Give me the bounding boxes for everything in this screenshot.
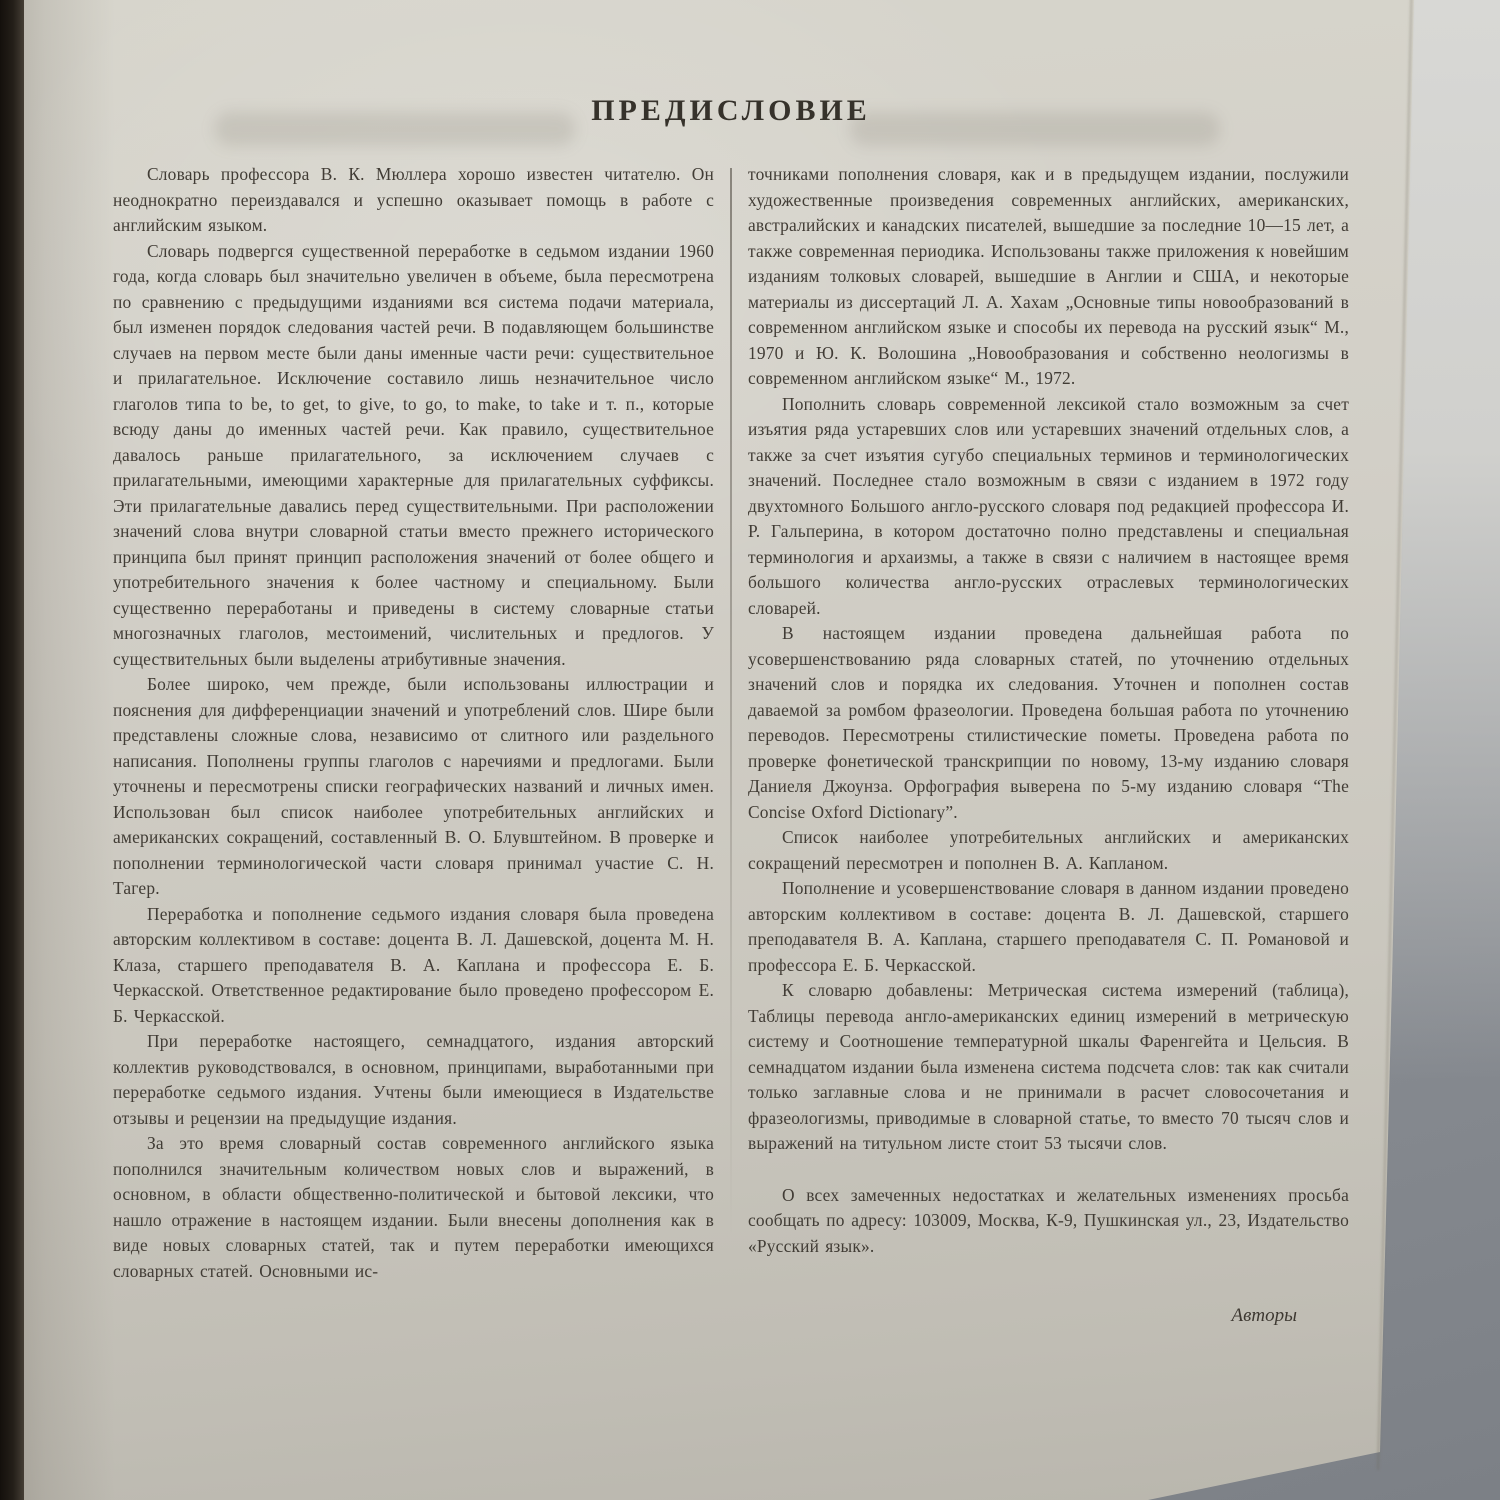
paragraph: Пополнить словарь современной лексикой с…	[748, 392, 1349, 622]
paragraph: Словарь профессора В. К. Мюллера хорошо …	[113, 162, 714, 239]
paragraph: Переработка и пополнение седьмого издани…	[113, 902, 714, 1030]
book-page-photo: ПРЕДИСЛОВИЕ Словарь профессора В. К. Мюл…	[0, 0, 1500, 1500]
paragraph: точниками пополнения словаря, как и в пр…	[748, 162, 1349, 392]
feedback-note: О всех замеченных недостатках и желатель…	[748, 1183, 1349, 1260]
right-column: точниками пополнения словаря, как и в пр…	[748, 162, 1349, 1327]
paragraph: К словарю добавлены: Метрическая система…	[748, 978, 1349, 1157]
paragraph: В настоящем издании проведена дальнейшая…	[748, 621, 1349, 825]
paragraph: Список наиболее употребительных английск…	[748, 825, 1349, 876]
page-title: ПРЕДИСЛОВИЕ	[113, 94, 1349, 128]
paragraph: Словарь подвергся существенной переработ…	[113, 239, 714, 673]
authors-signature: Авторы	[748, 1305, 1349, 1327]
paragraph: Пополнение и усовершенствование словаря …	[748, 876, 1349, 978]
page-spine	[0, 0, 24, 1500]
two-column-layout: Словарь профессора В. К. Мюллера хорошо …	[113, 162, 1349, 1327]
paragraph: За это время словарный состав современно…	[113, 1131, 714, 1284]
preface-text-block: ПРЕДИСЛОВИЕ Словарь профессора В. К. Мюл…	[113, 94, 1349, 1327]
paragraph: Более широко, чем прежде, были использов…	[113, 672, 714, 902]
column-divider-rule	[730, 168, 732, 1238]
left-column: Словарь профессора В. К. Мюллера хорошо …	[113, 162, 714, 1327]
paper-page: ПРЕДИСЛОВИЕ Словарь профессора В. К. Мюл…	[0, 0, 1500, 1500]
paragraph: При переработке настоящего, семнадцатого…	[113, 1029, 714, 1131]
